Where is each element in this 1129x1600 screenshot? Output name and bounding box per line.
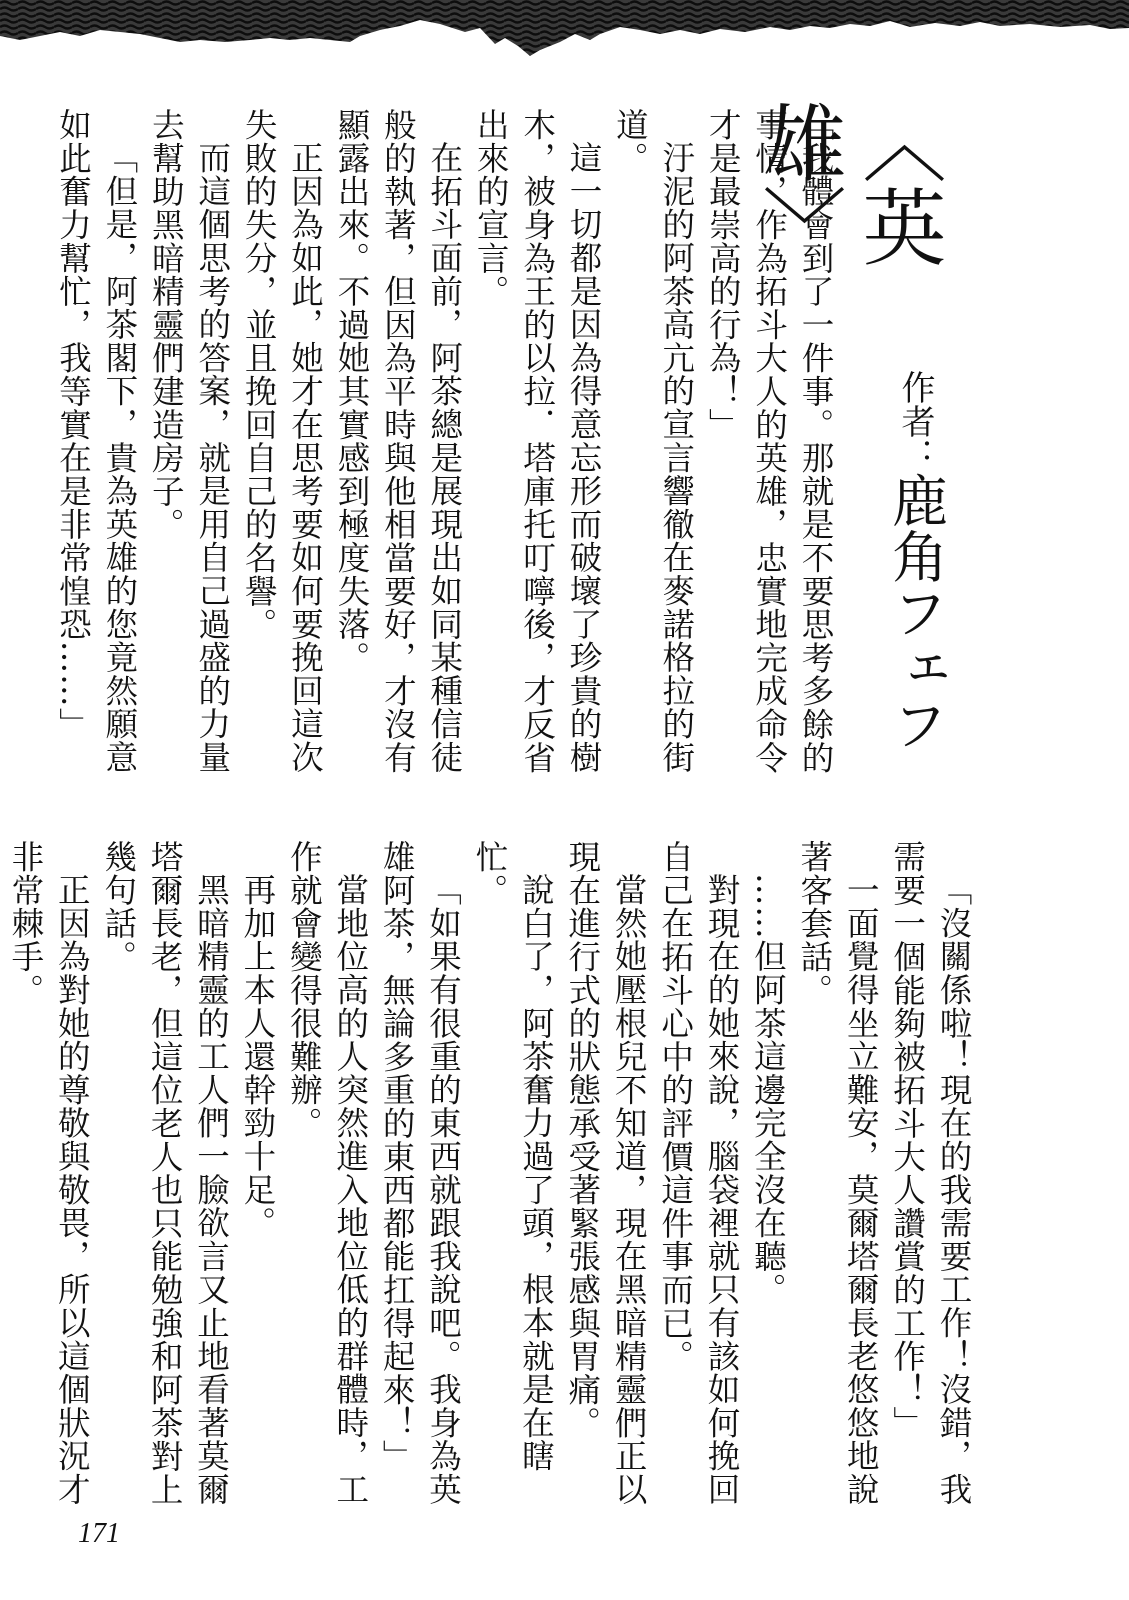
paragraph: 「但是，阿茶閣下，貴為英雄的您竟然願意如此奮力幫忙，我等實在是非常惶恐……」 [50,108,143,788]
paragraph: 再加上本人還幹勁十足。 [235,840,281,1520]
torn-fingerprint-banner [0,0,1129,60]
author-label: 作者： [895,370,935,472]
author-credit: 作者：鹿角フェフ [880,370,950,770]
paragraph: 當然她壓根兒不知道，現在黑暗精靈們正以現在進行式的狀態承受著緊張感與胃痛。 [559,840,652,1520]
page-number: 171 [78,1518,120,1550]
body-text-lower: 「沒關係啦！現在的我需要工作！沒錯，我需要一個能夠被拓斗大人讚賞的工作！」 一面… [97,840,977,1520]
paragraph: 說白了，阿茶奮力過了頭，根本就是在瞎忙。 [467,840,560,1520]
paragraph: 黑暗精靈的工人們一臉欲言又止地看著莫爾塔爾長老，但這位老人也只能勉強和阿茶對上幾… [95,840,234,1520]
paragraph: 正因為對她的尊敬與敬畏，所以這個狀況才非常棘手。 [2,840,95,1520]
chapter-title: 〈英雄〉 [848,100,948,340]
paragraph: 對現在的她來說，腦袋裡就只有該如何挽回自己在拓斗心中的評價這件事而已。 [652,840,745,1520]
paragraph: 正因為如此，她才在思考要如何要挽回這次失敗的失分，並且挽回自己的名譽。 [236,108,329,788]
paragraph: 「沒關係啦！現在的我需要工作！沒錯，我需要一個能夠被拓斗大人讚賞的工作！」 [884,840,977,1520]
paragraph: 這一切都是因為得意忘形而破壞了珍貴的樹木，被身為王的以拉．塔庫托叮嚀後，才反省出… [468,108,607,788]
body-text-upper: 「我體會到了一件事。那就是不要思考多餘的事情，作為拓斗大人的英雄，忠實地完成命令… [99,108,839,788]
paragraph: 汙泥的阿茶高亢的宣言響徹在麥諾格拉的街道。 [607,108,700,788]
paragraph: 「如果有很重的東西就跟我說吧。我身為英雄阿茶，無論多重的東西都能扛得起來！」 [374,840,467,1520]
paragraph: 一面覺得坐立難安，莫爾塔爾長老悠悠地說著客套話。 [791,840,884,1520]
author-name: 鹿角フェフ [883,472,948,752]
paragraph: ……但阿茶這邊完全沒在聽。 [745,840,791,1520]
paragraph: 而這個思考的答案，就是用自己過盛的力量去幫助黑暗精靈們建造房子。 [143,108,236,788]
paragraph: 當地位高的人突然進入地位低的群體時，工作就會變得很難辦。 [281,840,374,1520]
paragraph: 「我體會到了一件事。那就是不要思考多餘的事情，作為拓斗大人的英雄，忠實地完成命令… [700,108,839,788]
paragraph: 在拓斗面前，阿茶總是展現出如同某種信徒般的執著，但因為平時與他相當要好，才沒有顯… [329,108,468,788]
